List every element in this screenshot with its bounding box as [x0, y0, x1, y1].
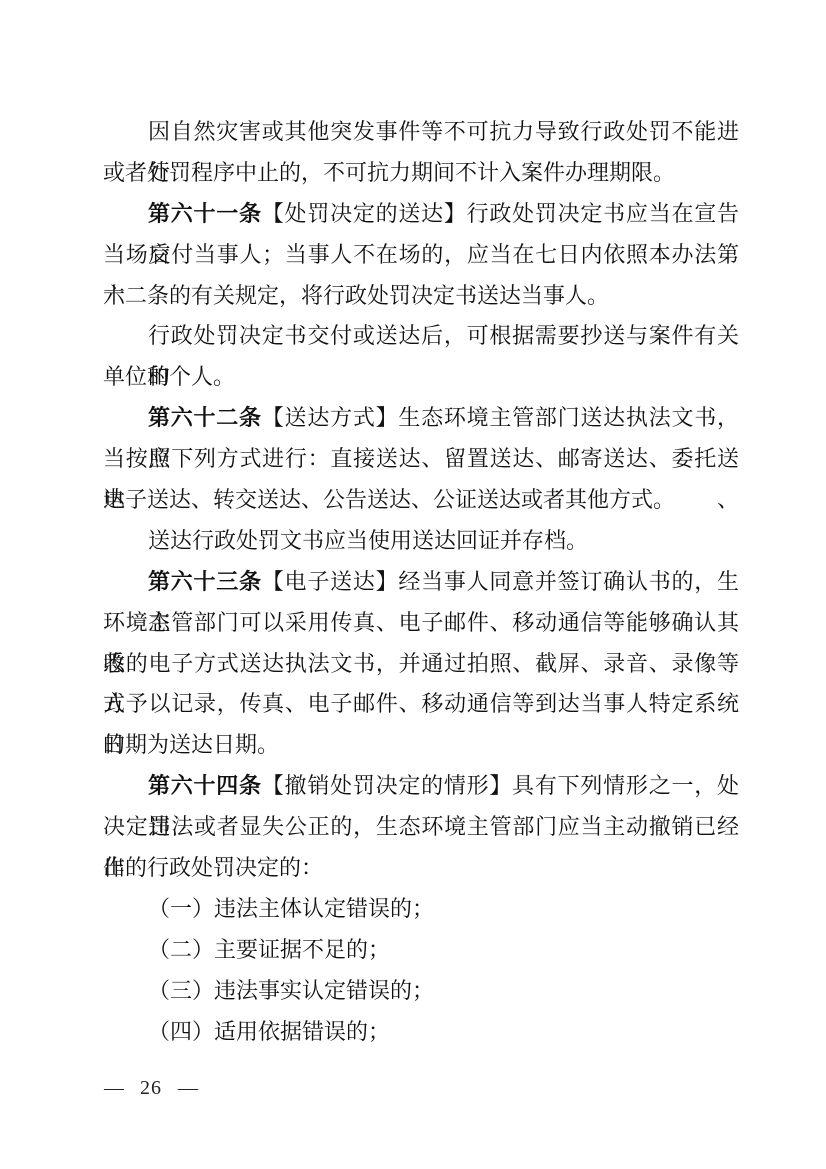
text-line: 第六十一条【处罚决定的送达】行政处罚决定书应当在宣告后: [103, 194, 739, 235]
article-title: 【撤销处罚决定的情形】: [262, 773, 512, 798]
body-text: 出的行政处罚决定的：: [103, 855, 323, 880]
text-line: （二）主要证据不足的；: [103, 930, 739, 971]
text-line: （四）适用依据错误的；: [103, 1012, 739, 1053]
text-line: 环境主管部门可以采用传真、电子邮件、移动通信等能够确认其收: [103, 603, 739, 644]
body-text: （四）适用依据错误的；: [148, 1019, 390, 1044]
body-text: （二）主要证据不足的；: [148, 937, 390, 962]
text-line: 悉的电子方式送达执法文书，并通过拍照、截屏、录音、录像等方: [103, 644, 739, 685]
page-footer: — 26 —: [104, 1076, 198, 1100]
text-line: 或者处罚程序中止的，不可抗力期间不计入案件办理期限。: [103, 153, 739, 194]
text-line: 第六十三条【电子送达】经当事人同意并签订确认书的，生态: [103, 562, 739, 603]
text-line: 式予以记录，传真、电子邮件、移动通信等到达当事人特定系统的: [103, 684, 739, 725]
text-line: 行政处罚决定书交付或送达后，可根据需要抄送与案件有关的: [103, 316, 739, 357]
text-line: （三）违法事实认定错误的；: [103, 971, 739, 1012]
text-line: 第六十四条【撤销处罚决定的情形】具有下列情形之一，处罚: [103, 766, 739, 807]
body-text: 送达行政处罚文书应当使用送达回证并存档。: [148, 528, 588, 553]
body-text: （三）违法事实认定错误的；: [148, 978, 434, 1003]
body-text: 电子送达、转交送达、公告送达、公证送达或者其他方式。: [103, 487, 675, 512]
text-line: 第六十二条【送达方式】生态环境主管部门送达执法文书，应: [103, 398, 739, 439]
article-title: 【电子送达】: [262, 569, 399, 594]
article-number: 第六十三条: [148, 569, 262, 594]
body-text: （一）违法主体认定错误的；: [148, 896, 434, 921]
footer-dash-left: —: [104, 1076, 124, 1100]
document-page: 因自然灾害或其他突发事件等不可抗力导致行政处罚不能进行或者处罚程序中止的，不可抗…: [0, 0, 826, 1169]
text-line: 出的行政处罚决定的：: [103, 848, 739, 889]
body-text: 单位和个人。: [103, 364, 235, 389]
article-number: 第六十二条: [148, 405, 262, 430]
article-number: 第六十一条: [148, 201, 262, 226]
text-line: 单位和个人。: [103, 357, 739, 398]
text-line: 十二条的有关规定，将行政处罚决定书送达当事人。: [103, 276, 739, 317]
footer-dash-right: —: [178, 1076, 198, 1100]
page-number: 26: [140, 1076, 162, 1100]
document-body: 因自然灾害或其他突发事件等不可抗力导致行政处罚不能进行或者处罚程序中止的，不可抗…: [103, 112, 739, 1052]
article-title: 【送达方式】: [262, 405, 399, 430]
text-line: 决定违法或者显失公正的，生态环境主管部门应当主动撤销已经作: [103, 807, 739, 848]
text-line: 日期为送达日期。: [103, 725, 739, 766]
text-line: 电子送达、转交送达、公告送达、公证送达或者其他方式。: [103, 480, 739, 521]
article-title: 【处罚决定的送达】: [262, 201, 467, 226]
text-line: 当场交付当事人；当事人不在场的，应当在七日内依照本办法第六: [103, 235, 739, 276]
body-text: 日期为送达日期。: [103, 732, 279, 757]
body-text: 十二条的有关规定，将行政处罚决定书送达当事人。: [103, 283, 609, 308]
text-line: 当按照下列方式进行：直接送达、留置送达、邮寄送达、委托送达、: [103, 439, 739, 480]
article-number: 第六十四条: [148, 773, 262, 798]
body-text: 或者处罚程序中止的，不可抗力期间不计入案件办理期限。: [103, 160, 675, 185]
text-line: （一）违法主体认定错误的；: [103, 889, 739, 930]
text-line: 送达行政处罚文书应当使用送达回证并存档。: [103, 521, 739, 562]
text-line: 因自然灾害或其他突发事件等不可抗力导致行政处罚不能进行: [103, 112, 739, 153]
